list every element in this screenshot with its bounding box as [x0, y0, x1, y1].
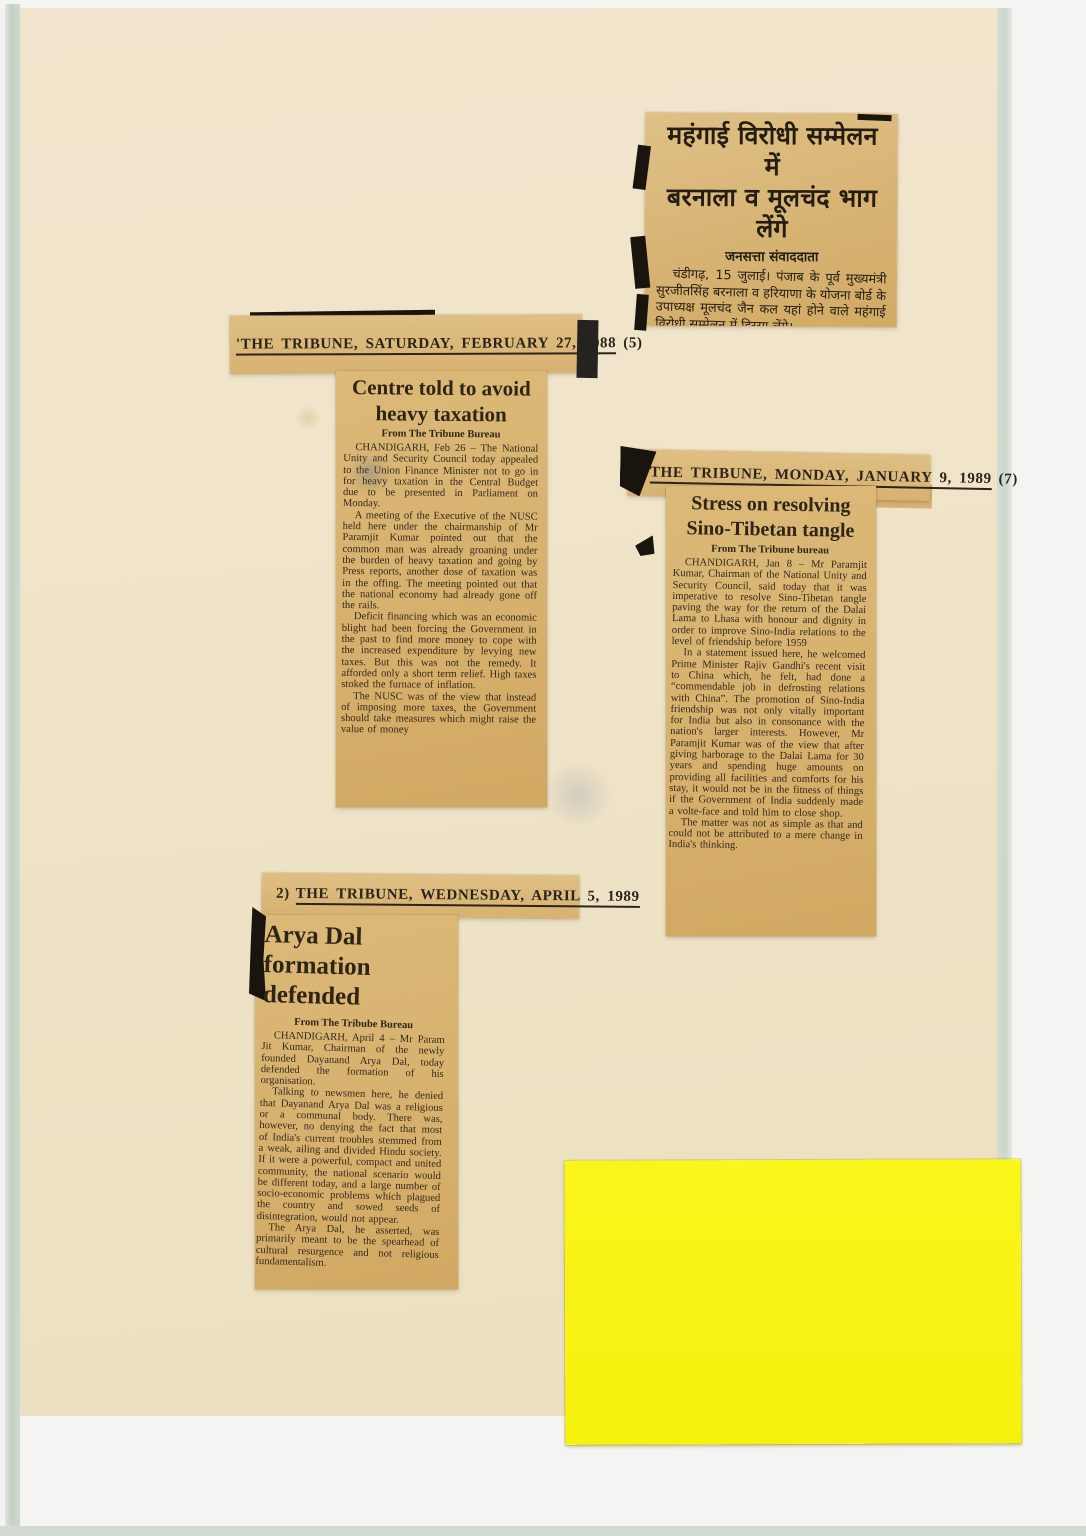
clipping-hindi-conference: महंगाई विरोधी सम्मेलन में बरनाला व मूलचं… [644, 112, 897, 326]
article-paragraph: CHANDIGARH, Jan 8 – Mr Paramjit Kumar, C… [672, 557, 867, 650]
clipping-feb27-column: Centre told to avoid heavy taxation From… [336, 371, 547, 807]
article-paragraph: In a statement issued here, he welcomed … [669, 647, 866, 819]
clipping-feb27-masthead-strip: 'THE TRIBUNE, SATURDAY, FEBRUARY 27, 198… [230, 314, 582, 373]
article-paragraph: The matter was not as simple as that and… [668, 817, 863, 854]
article-paragraph: The Arya Dal, he asserted, was primarily… [255, 1222, 439, 1272]
clipping-apr5-column: Arya Dal formation defended From The Tri… [255, 915, 458, 1289]
masthead-page-number: (7) [998, 471, 1018, 487]
hindi-headline-line1: महंगाई विरोधी सम्मेलन में [657, 119, 887, 182]
clipping-apr5-masthead-strip: 2)THE TRIBUNE, WEDNESDAY, APRIL 5, 1989 [262, 873, 579, 919]
article-headline-line3: defended [262, 980, 446, 1015]
page-left-edge [5, 4, 20, 1532]
article-paragraph: Talking to newsmen here, he denied that … [257, 1086, 444, 1227]
article-headline-line2: heavy taxation [344, 400, 539, 428]
clipping-jan9-column: Stress on resolving Sino-Tibetan tangle … [666, 486, 876, 936]
article-headline-line2: Sino-Tibetan tangle [673, 516, 867, 544]
article-paragraph: CHANDIGARH, Feb 26 – The National Unity … [343, 442, 539, 511]
article-paragraph: A meeting of the Executive of the NUSC h… [342, 510, 538, 613]
scan-bottom-edge [0, 1526, 1086, 1536]
torn-black-block [576, 320, 598, 378]
masthead-text: 2)THE TRIBUNE, WEDNESDAY, APRIL 5, 1989 [276, 886, 640, 906]
article-byline: From The Tribune bureau [673, 543, 867, 557]
masthead-prefix: 2) [276, 886, 290, 902]
article-paragraph: चंडीगढ़, 15 जुलाई। पंजाब के पूर्व मुख्यम… [655, 266, 887, 326]
article-paragraph: Deficit financing which was an economic … [341, 611, 537, 692]
article-headline-line1: Stress on resolving [674, 491, 868, 519]
masthead-underlined: THE TRIBUNE, WEDNESDAY, APRIL 5, 1989 [296, 886, 640, 908]
hindi-byline: जनसत्ता संवाददाता [657, 246, 887, 265]
hindi-headline-line2: बरनाला व मूलचंद भाग लेंगे [657, 181, 887, 244]
article-headline-line1: Centre told to avoid [344, 374, 539, 402]
masthead-underlined: 'THE TRIBUNE, SATURDAY, FEBRUARY 27, 198… [236, 335, 616, 355]
hindi-article-body: चंडीगढ़, 15 जुलाई। पंजाब के पूर्व मुख्यम… [652, 266, 886, 326]
scanned-scrapbook-page: महंगाई विरोधी सम्मेलन में बरनाला व मूलचं… [0, 0, 1086, 1536]
masthead-page-number: (5) [623, 335, 642, 351]
article-paragraph: The NUSC was of the view that instead of… [341, 691, 536, 738]
article-byline: From The Tribune Bureau [343, 428, 538, 441]
article-paragraph: CHANDIGARH, April 4 – Mr Param Jit Kumar… [260, 1030, 445, 1092]
article-byline: From The Tribube Bureau [262, 1016, 445, 1032]
yellow-note-card [565, 1159, 1022, 1445]
